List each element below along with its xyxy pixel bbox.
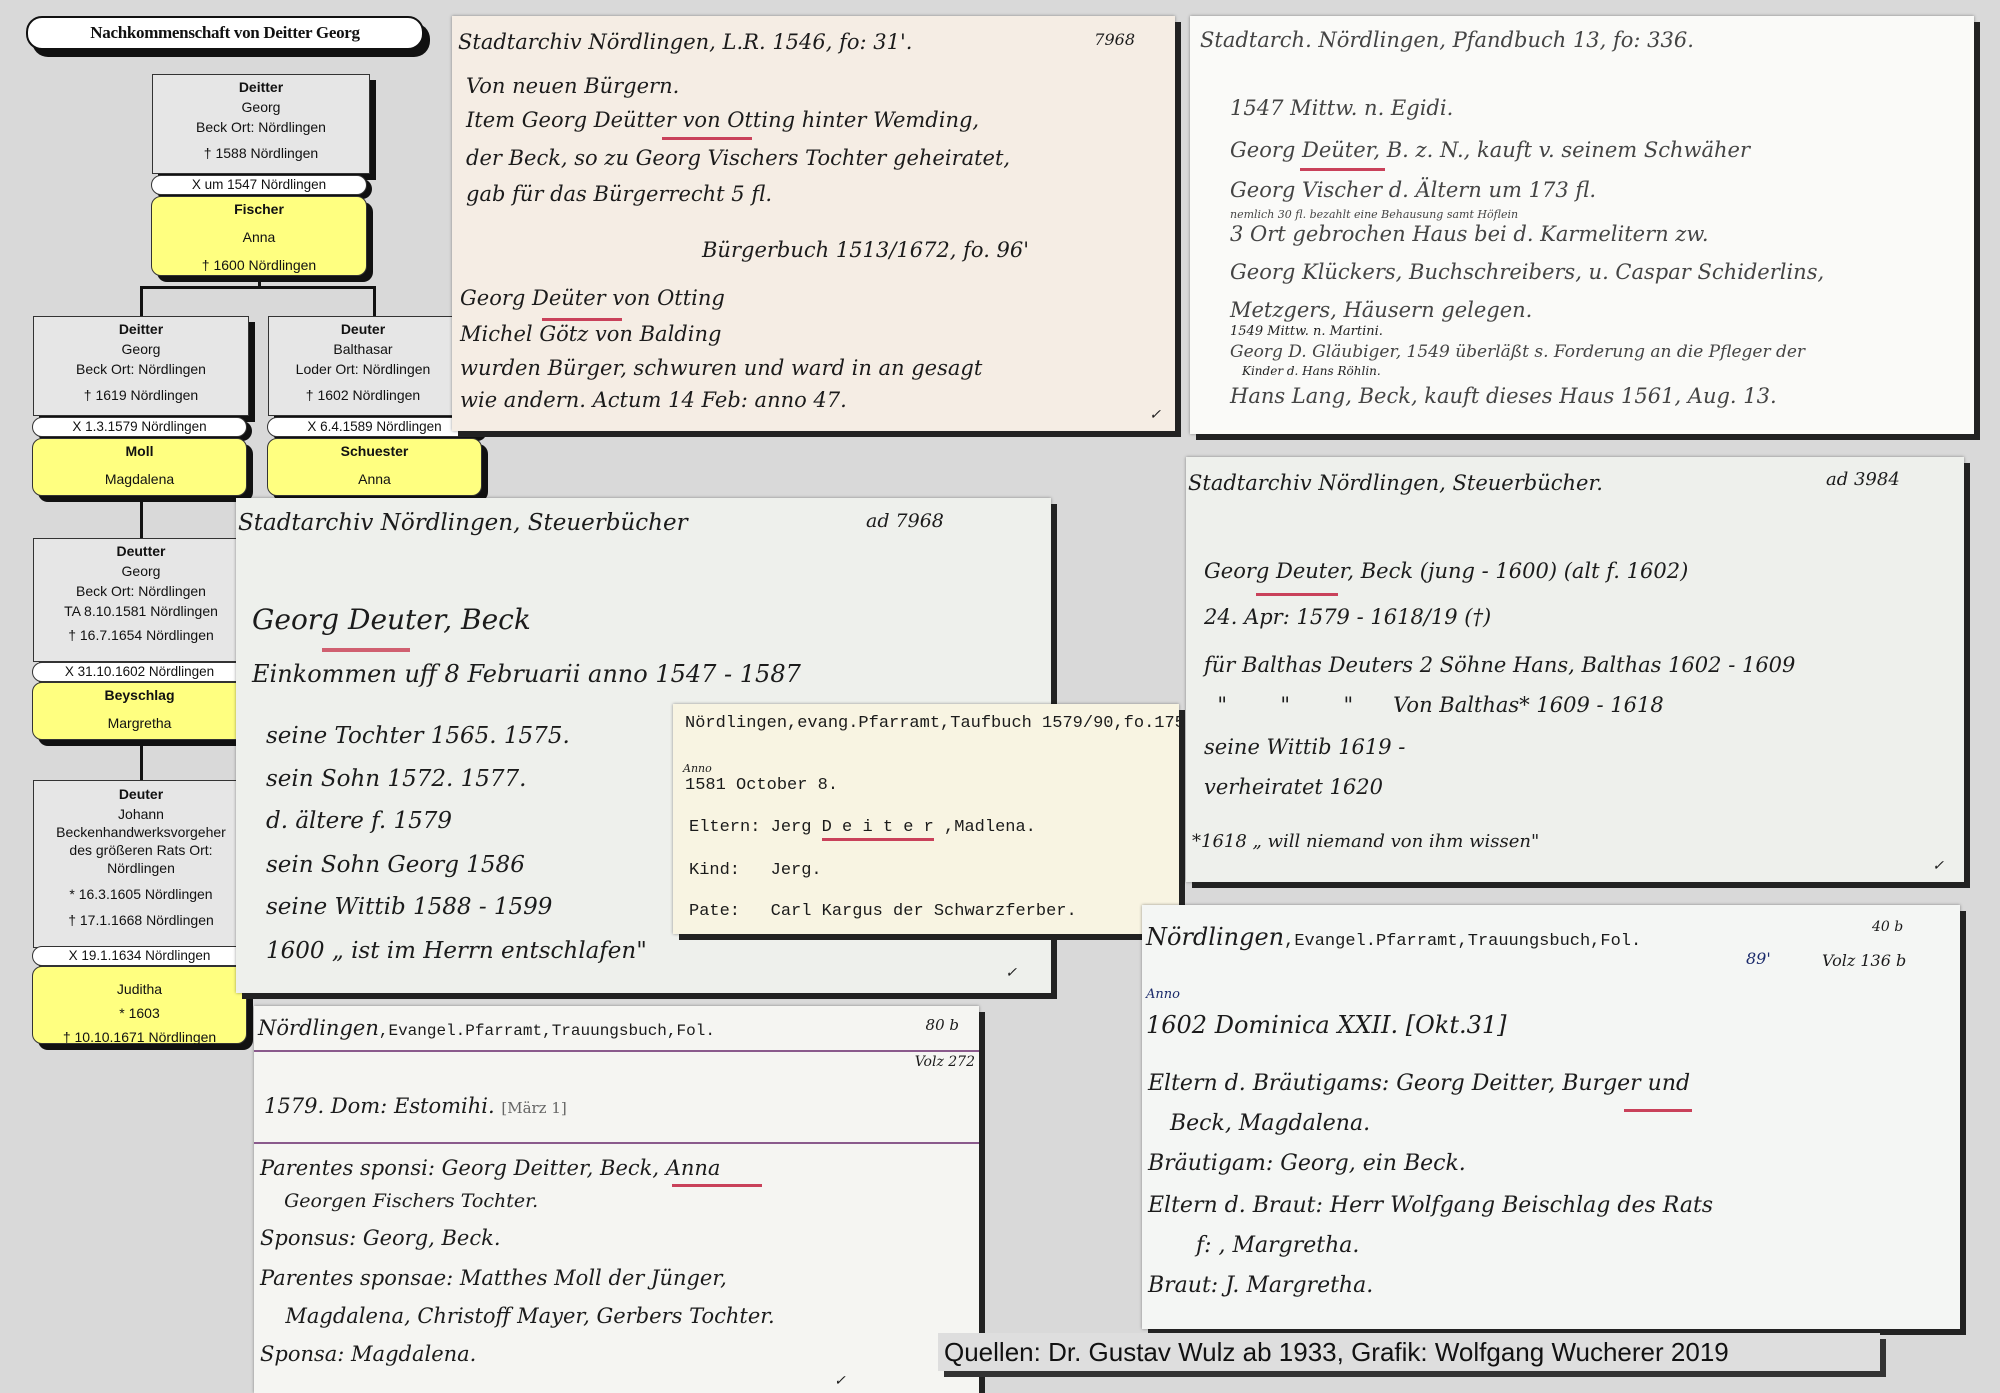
card-line: 1549 Mittw. n. Martini.	[1230, 324, 1383, 339]
card-line: sein Sohn 1572. 1577.	[266, 766, 526, 792]
annotation: Anno	[683, 762, 712, 775]
detail: * 1603	[33, 1003, 246, 1023]
date-note: [März 1]	[501, 1099, 566, 1117]
folio: 80 b	[926, 1016, 959, 1034]
card-header: Stadtarchiv Nördlingen, Steuerbücher.	[1188, 471, 1603, 495]
check-mark: ✓	[1005, 965, 1017, 981]
name-underline	[672, 1184, 762, 1187]
name-underline	[662, 137, 752, 140]
field-label: Eltern:	[689, 818, 760, 837]
field-godparent: Pate: Carl Kargus der Schwarzferber.	[689, 902, 1077, 921]
card-line: Georg Deüter von Otting	[460, 286, 725, 310]
spouse-box-beyschlag[interactable]: Beyschlag Margretha	[32, 682, 247, 740]
date-line: 1602 Dominica XXII. [Okt.31]	[1146, 1011, 1507, 1039]
card-line: Kinder d. Hans Röhlin.	[1242, 364, 1381, 378]
surname: Fischer	[152, 199, 366, 219]
card-line: d. ältere f. 1579	[266, 808, 452, 834]
detail: Loder Ort: Nördlingen	[269, 359, 457, 379]
highlighted-name: D e i t e r	[822, 818, 934, 841]
spouse-box-juditha[interactable]: Juditha * 1603 † 10.10.1671 Nördlingen	[32, 966, 247, 1044]
source-card-buergerbuch[interactable]: Stadtarchiv Nördlingen, L.R. 1546, fo: 3…	[452, 16, 1175, 431]
detail: Beck Ort: Nördlingen	[153, 117, 369, 137]
card-line: Bräutigam: Georg, ein Beck.	[1148, 1151, 1466, 1176]
card-line: seine Wittib 1619 -	[1204, 735, 1405, 759]
spouse-box-fischer[interactable]: Fischer Anna † 1600 Nördlingen	[151, 196, 367, 276]
card-line: seine Wittib 1588 - 1599	[266, 894, 552, 920]
connector	[373, 286, 376, 316]
card-line: Sponsa: Magdalena.	[260, 1342, 476, 1366]
source-card-taufbuch[interactable]: Nördlingen,evang.Pfarramt,Taufbuch 1579/…	[673, 704, 1179, 934]
detail: * 16.3.1605 Nördlingen	[34, 885, 248, 903]
detail: des größeren Rats Ort:	[34, 841, 248, 859]
card-line: 3 Ort gebrochen Haus bei d. Karmelitern …	[1230, 222, 1709, 246]
detail: Nördlingen	[34, 859, 248, 877]
person-box-johann[interactable]: Deuter Johann Beckenhandwerksvorgeher de…	[33, 780, 249, 948]
header-type: ,Evangel.Pfarramt,Trauungsbuch,Fol.	[1284, 932, 1641, 951]
name-underline	[1256, 593, 1338, 596]
card-line: Eltern d. Bräutigams: Georg Deitter, Bur…	[1148, 1071, 1690, 1096]
surname: Moll	[33, 441, 246, 461]
header-hand: Nördlingen	[1146, 923, 1284, 951]
card-header: Nördlingen,Evangel.Pfarramt,Trauungsbuch…	[258, 1016, 715, 1040]
name-underline	[1300, 168, 1385, 171]
surname: Deutter	[34, 541, 248, 561]
source-card-trauungsbuch-1579[interactable]: Nördlingen,Evangel.Pfarramt,Trauungsbuch…	[254, 1006, 979, 1393]
card-line: der Beck, so zu Georg Vischers Tochter g…	[466, 146, 1010, 170]
card-line: wie andern. Actum 14 Feb: anno 47.	[460, 388, 847, 412]
card-line: Georg Deuter, Beck (jung - 1600) (alt f.…	[1204, 559, 1688, 583]
folio-secondary: 89'	[1746, 949, 1771, 968]
given-name: Anna	[152, 227, 366, 247]
date-line: 1579. Dom: Estomihi. [März 1]	[264, 1094, 567, 1118]
folio: 40 b	[1872, 919, 1903, 935]
person-box-georg-gen2[interactable]: Deitter Georg Beck Ort: Nördlingen † 161…	[33, 316, 249, 416]
header-hand: Nördlingen	[258, 1016, 379, 1040]
card-line: Parentes sponsae: Matthes Moll der Jünge…	[260, 1266, 727, 1290]
card-line: Georg D. Gläubiger, 1549 überläßt s. For…	[1230, 342, 1805, 362]
card-line: für Balthas Deuters 2 Söhne Hans, Baltha…	[1204, 653, 1795, 677]
volz-number: Volz 136 b	[1822, 951, 1906, 970]
marriage-label: X 6.4.1589 Nördlingen	[267, 417, 482, 437]
card-line: 24. Apr: 1579 - 1618/19 (†)	[1204, 605, 1491, 629]
field-child: Kind: Jerg.	[689, 861, 822, 880]
field-value: Carl Kargus der Schwarzferber.	[771, 902, 1077, 921]
card-header: Nördlingen,evang.Pfarramt,Taufbuch 1579/…	[685, 714, 1179, 733]
card-line: 1547 Mittw. n. Egidi.	[1230, 96, 1453, 120]
detail: Beck Ort: Nördlingen	[34, 581, 248, 601]
card-line: Beck, Magdalena.	[1156, 1111, 1370, 1136]
source-card-steuerbuecher-3984[interactable]: Stadtarchiv Nördlingen, Steuerbücher. ad…	[1186, 457, 1964, 882]
surname: Beyschlag	[33, 685, 246, 705]
detail: † 17.1.1668 Nördlingen	[34, 911, 248, 929]
card-header: Nördlingen,Evangel.Pfarramt,Trauungsbuch…	[1146, 923, 1641, 951]
given-name: Anna	[268, 469, 481, 489]
card-line: wurden Bürger, schwuren und ward in an g…	[460, 356, 982, 380]
card-line: Metzgers, Häusern gelegen.	[1230, 298, 1532, 322]
card-line: Von neuen Bürgern.	[466, 74, 679, 98]
card-line: verheiratet 1620	[1204, 775, 1383, 799]
card-line: Georg Deuter, Beck	[252, 603, 531, 636]
card-line: Parentes sponsi: Georg Deitter, Beck, An…	[260, 1156, 720, 1180]
card-line: Georg Klückers, Buchschreibers, u. Caspa…	[1230, 260, 1824, 284]
connector	[140, 286, 376, 289]
card-header: Stadtarch. Nördlingen, Pfandbuch 13, fo:…	[1200, 28, 1694, 52]
detail: Beckenhandwerksvorgeher	[34, 823, 248, 841]
name-underline	[322, 648, 410, 652]
card-line: sein Sohn Georg 1586	[266, 852, 525, 878]
surname: Deuter	[269, 319, 457, 339]
given-name: Georg	[153, 97, 369, 117]
check-mark: ✓	[1932, 858, 1944, 874]
annotation: Anno	[1146, 987, 1180, 1002]
card-line: Einkommen uff 8 Februarii anno 1547 - 15…	[252, 660, 801, 688]
check-mark: ✓	[1149, 407, 1161, 423]
given-name: Georg	[34, 339, 248, 359]
card-line: " " " Von Balthas* 1609 - 1618	[1204, 693, 1664, 717]
card-line: Hans Lang, Beck, kauft dieses Haus 1561,…	[1230, 384, 1777, 408]
card-number: ad 7968	[866, 510, 944, 532]
given-name: Balthasar	[269, 339, 457, 359]
surname: Deitter	[34, 319, 248, 339]
field-label: Pate:	[689, 902, 740, 921]
card-line: Item Georg Deütter von Otting hinter Wem…	[466, 108, 979, 132]
name-underline	[1624, 1109, 1692, 1112]
marriage-label: X 1.3.1579 Nördlingen	[32, 417, 247, 437]
person-box-georg-gen1[interactable]: Deitter Georg Beck Ort: Nördlingen † 158…	[152, 74, 370, 174]
check-mark: ✓	[834, 1373, 846, 1389]
given-name: Georg	[34, 561, 248, 581]
detail: Beck Ort: Nördlingen	[34, 359, 248, 379]
card-line: nemlich 30 fl. bezahlt eine Behausung sa…	[1230, 208, 1518, 221]
given-name: Johann	[34, 805, 248, 823]
spouse-box-moll[interactable]: Moll Magdalena	[32, 438, 247, 496]
card-line: Braut: J. Margretha.	[1148, 1273, 1373, 1298]
card-line: seine Tochter 1565. 1575.	[266, 723, 570, 749]
divider	[254, 1142, 979, 1144]
surname: Schuester	[268, 441, 481, 461]
field-label: Kind:	[689, 861, 740, 880]
card-line: f: , Margretha.	[1182, 1233, 1359, 1258]
field-value: ,Madlena.	[934, 818, 1036, 837]
detail: † 1602 Nördlingen	[269, 385, 457, 405]
card-line: Michel Götz von Balding	[460, 322, 721, 346]
source-caption: Quellen: Dr. Gustav Wulz ab 1933, Grafik…	[938, 1333, 1880, 1371]
given-name: Magdalena	[33, 469, 246, 489]
connector	[140, 286, 143, 316]
source-card-trauungsbuch-1602[interactable]: Nördlingen,Evangel.Pfarramt,Trauungsbuch…	[1142, 905, 1960, 1329]
card-line: Georg Vischer d. Ältern um 173 fl.	[1230, 178, 1596, 202]
marriage-label: X um 1547 Nördlingen	[151, 175, 367, 195]
card-number: ad 3984	[1826, 469, 1900, 490]
detail: † 16.7.1654 Nördlingen	[34, 625, 248, 645]
card-line: Bürgerbuch 1513/1672, fo. 96'	[702, 238, 1029, 262]
field-value: Jerg.	[771, 861, 822, 880]
source-card-pfandbuch[interactable]: Stadtarch. Nördlingen, Pfandbuch 13, fo:…	[1190, 16, 1974, 434]
detail: † 10.10.1671 Nördlingen	[33, 1027, 246, 1047]
connector	[140, 496, 143, 540]
card-line: Magdalena, Christoff Mayer, Gerbers Toch…	[272, 1304, 775, 1328]
card-line: *1618 „ will niemand von ihm wissen"	[1192, 831, 1539, 852]
card-header: Stadtarchiv Nördlingen, L.R. 1546, fo: 3…	[458, 30, 912, 54]
surname: Deitter	[153, 77, 369, 97]
person-box-georg-gen3[interactable]: Deutter Georg Beck Ort: Nördlingen TA 8.…	[33, 538, 249, 662]
card-line: Eltern d. Braut: Herr Wolfgang Beischlag…	[1148, 1193, 1713, 1218]
card-line: 1600 „ ist im Herrn entschlafen"	[266, 938, 647, 964]
card-line: gab für das Bürgerrecht 5 fl.	[466, 182, 772, 206]
card-line: Sponsus: Georg, Beck.	[260, 1226, 501, 1250]
field-parents: Eltern: Jerg D e i t e r ,Madlena.	[689, 818, 1036, 837]
name-underline	[542, 318, 622, 321]
detail: TA 8.10.1581 Nördlingen	[34, 601, 248, 621]
card-number: 7968	[1094, 30, 1135, 49]
card-line: Georg Deüter, B. z. N., kauft v. seinem …	[1230, 138, 1750, 162]
volz-number: Volz 272	[915, 1054, 975, 1070]
person-box-balthasar[interactable]: Deuter Balthasar Loder Ort: Nördlingen †…	[268, 316, 458, 416]
divider	[254, 1050, 979, 1052]
card-header: Stadtarchiv Nördlingen, Steuerbücher	[238, 510, 688, 536]
card-line: Georgen Fischers Tochter.	[272, 1190, 538, 1212]
detail: † 1588 Nördlingen	[153, 143, 369, 163]
tree-title: Nachkommenschaft von Deitter Georg	[26, 16, 424, 50]
field-value: Jerg	[771, 818, 822, 837]
baptism-date: 1581 October 8.	[685, 776, 838, 795]
date-text: 1579. Dom: Estomihi.	[264, 1094, 495, 1118]
connector	[140, 740, 143, 782]
header-type: ,Evangel.Pfarramt,Trauungsbuch,Fol.	[379, 1022, 715, 1040]
spouse-box-schuester[interactable]: Schuester Anna	[267, 438, 482, 496]
given-name: Margretha	[33, 713, 246, 733]
given-name: Juditha	[33, 979, 246, 999]
marriage-label: X 19.1.1634 Nördlingen	[32, 946, 247, 966]
detail: † 1600 Nördlingen	[152, 255, 366, 275]
detail: † 1619 Nördlingen	[34, 385, 248, 405]
surname: Deuter	[34, 785, 248, 803]
marriage-label: X 31.10.1602 Nördlingen	[32, 662, 247, 682]
